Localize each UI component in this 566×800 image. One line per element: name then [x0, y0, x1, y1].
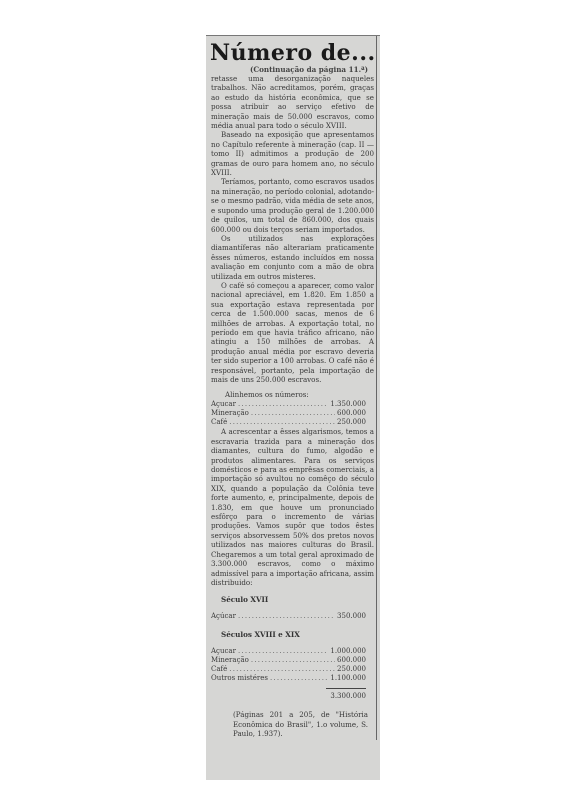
- row-label: Mineração: [211, 656, 249, 665]
- row-value: 1.100.000: [330, 674, 366, 683]
- row-label: Café: [211, 665, 227, 674]
- continuation-note: (Continuação da página 11.ª): [211, 65, 368, 74]
- table-row: Mineração600.000: [211, 409, 366, 418]
- row-label: Café: [211, 418, 227, 427]
- paragraph-3: Teríamos, portanto, como escravos usados…: [211, 177, 374, 233]
- paragraph-2: Baseado na exposição que apresentamos no…: [211, 130, 374, 177]
- row-label: Açucar: [211, 400, 236, 409]
- table-row: Açucar1.000.000: [211, 647, 366, 656]
- grand-total: 3.300.000: [211, 692, 366, 700]
- source-citation: (Páginas 201 a 205, de "História Econômi…: [233, 710, 368, 738]
- table-row: Café250.000: [211, 665, 366, 674]
- sum-rule: [326, 688, 366, 689]
- numbers-table: Açucar1.350.000 Mineração600.000 Café250…: [211, 400, 374, 428]
- table-row: Mineração600.000: [211, 656, 366, 665]
- section-heading-xvii: Século XVII: [221, 595, 374, 604]
- article-title: Número de...: [210, 40, 374, 66]
- row-value: 1.350.000: [330, 400, 366, 409]
- paragraph-6: Alinhemos os números:: [211, 390, 374, 399]
- row-value: 250.000: [337, 418, 366, 427]
- table-row: Café250.000: [211, 418, 366, 427]
- paragraph-5: O café só começou a aparecer, como valor…: [211, 281, 374, 384]
- column-rule: [376, 36, 377, 740]
- paragraph-7: A acrescentar a êsses algarismos, temos …: [211, 427, 374, 587]
- section-heading-xviii-xix: Séculos XVIII e XIX: [221, 630, 374, 639]
- row-value: 250.000: [337, 665, 366, 674]
- table-row: Outros mistéres1.100.000: [211, 674, 366, 683]
- paragraph-1: retasse uma desorganização naqueles trab…: [211, 74, 374, 130]
- paragraph-4: Os utilizados nas explorações diamantífe…: [211, 234, 374, 281]
- row-label: Açucar: [211, 647, 236, 656]
- row-label: Açúcar: [211, 612, 236, 621]
- newspaper-clipping: Número de... (Continuação da página 11.ª…: [206, 35, 380, 780]
- row-value: 600.000: [337, 656, 366, 665]
- row-label: Mineração: [211, 409, 249, 418]
- table-row: Açucar1.350.000: [211, 400, 366, 409]
- row-value: 600.000: [337, 409, 366, 418]
- row-value: 1.000.000: [330, 647, 366, 656]
- row-label: Outros mistéres: [211, 674, 268, 683]
- table-row: Açúcar350.000: [211, 612, 366, 621]
- row-value: 350.000: [337, 612, 366, 621]
